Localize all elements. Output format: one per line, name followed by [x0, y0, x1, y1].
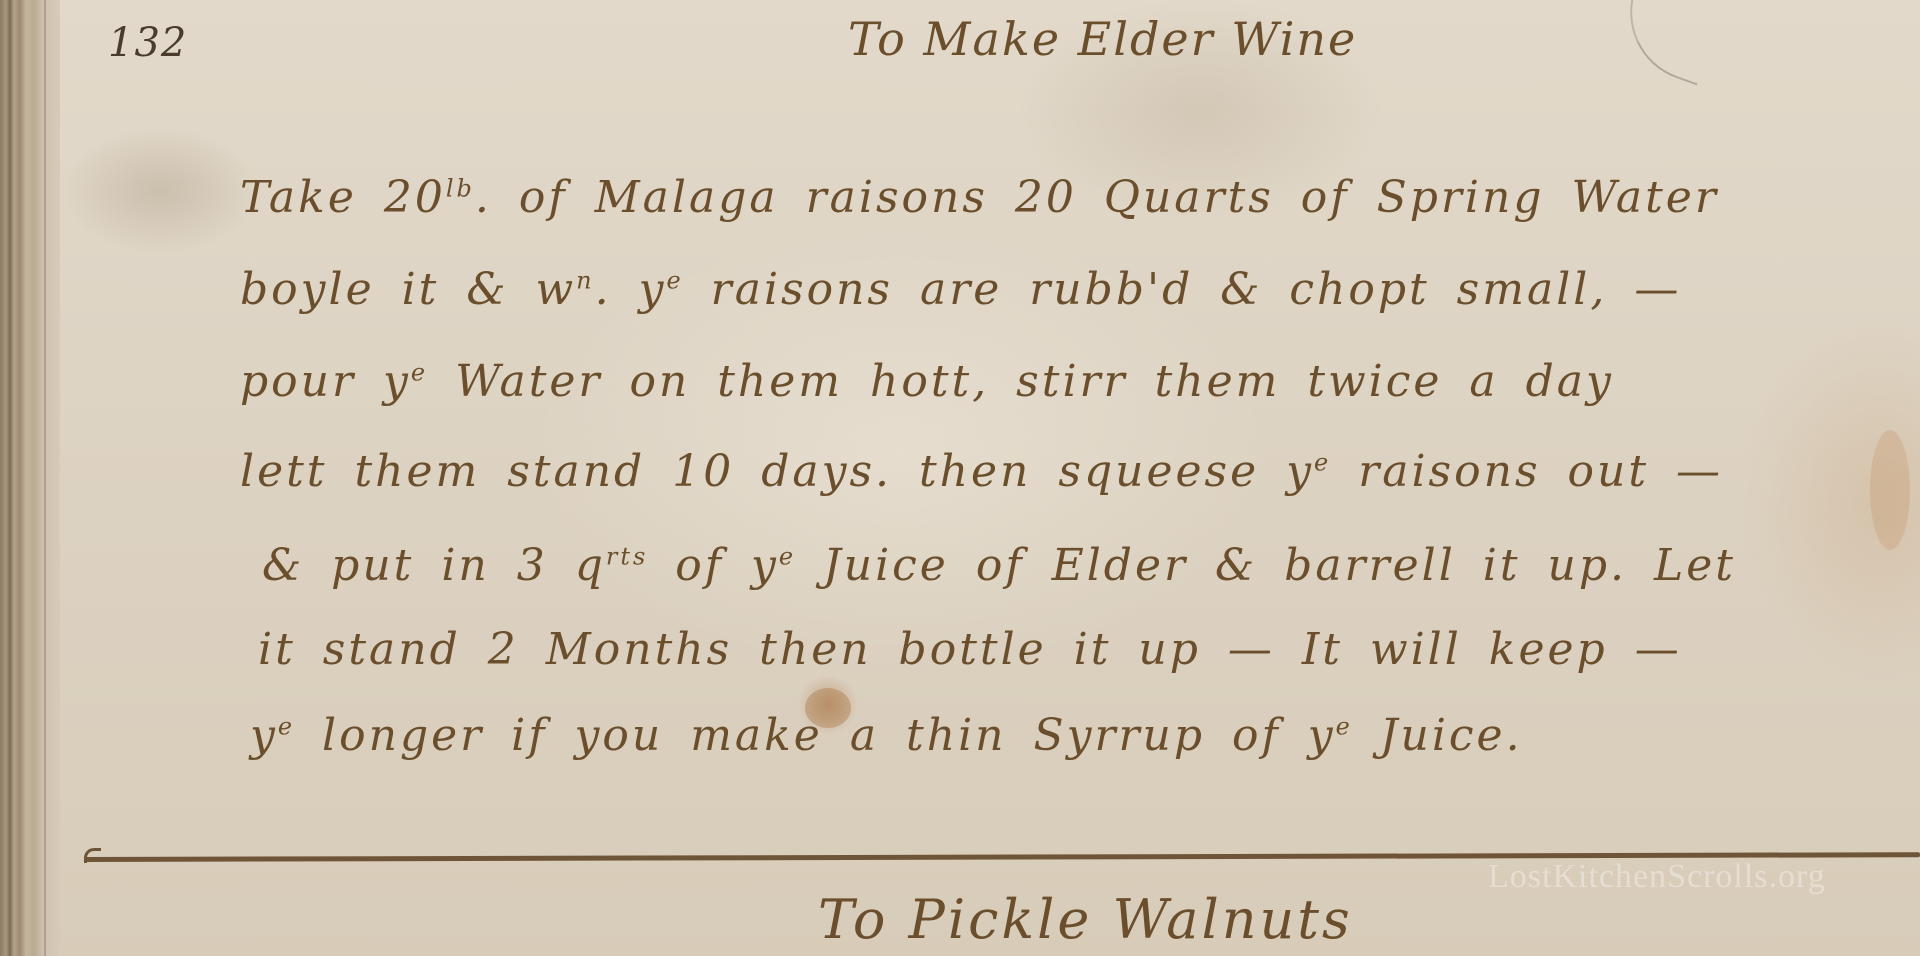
recipe-title: To Make Elder Wine: [848, 12, 1357, 66]
line-text: Water on them hott, stirr them twice a d…: [428, 356, 1614, 407]
line-text: y: [250, 710, 278, 761]
superscript: rts: [606, 542, 648, 570]
superscript: e: [1314, 448, 1331, 476]
line-text: raisons are rubb'd & chopt small, —: [684, 264, 1682, 315]
line-text: Take 20: [240, 172, 446, 223]
recipe-line-7: ye longer if you make a thin Syrrup of y…: [250, 710, 1523, 761]
manuscript-page: 132 To Make Elder Wine Take 20lb. of Mal…: [0, 0, 1920, 956]
recipe-line-1: Take 20lb. of Malaga raisons 20 Quarts o…: [240, 172, 1719, 223]
recipe-line-6: it stand 2 Months then bottle it up — It…: [258, 624, 1682, 675]
next-recipe-title: To Pickle Walnuts: [818, 888, 1353, 951]
line-text: pour y: [240, 356, 411, 407]
superscript: e: [666, 266, 683, 294]
line-text: & put in 3 q: [262, 540, 606, 591]
pencil-mark: [1610, 0, 1721, 86]
line-text: lett them stand 10 days. then squeese y: [240, 446, 1314, 497]
line-text: boyle it & w: [240, 264, 576, 315]
line-text: Juice.: [1353, 710, 1523, 761]
line-text: . y: [595, 264, 667, 315]
recipe-line-3: pour ye Water on them hott, stirr them t…: [240, 356, 1614, 407]
line-text: raisons out —: [1331, 446, 1723, 497]
superscript: e: [1336, 712, 1353, 740]
superscript: e: [411, 358, 428, 386]
line-text: it stand 2 Months then bottle it up — It…: [258, 624, 1682, 675]
superscript: lb: [446, 174, 475, 202]
superscript: e: [779, 542, 796, 570]
recipe-line-5: & put in 3 qrts of ye Juice of Elder & b…: [262, 540, 1736, 591]
ink-stain: [1870, 430, 1910, 550]
superscript: n: [576, 266, 594, 294]
line-text: of y: [648, 540, 779, 591]
superscript: e: [278, 712, 295, 740]
line-text: Juice of Elder & barrell it up. Let: [796, 540, 1736, 591]
watermark: LostKitchenScrolls.org: [1488, 858, 1826, 896]
recipe-line-2: boyle it & wn. ye raisons are rubb'd & c…: [240, 264, 1681, 315]
page-number: 132: [108, 20, 187, 66]
line-text: longer if you make a thin Syrrup of y: [295, 710, 1336, 761]
line-text: . of Malaga raisons 20 Quarts of Spring …: [475, 172, 1719, 223]
binding-edge: [44, 0, 46, 956]
book-binding: [0, 0, 60, 956]
recipe-line-4: lett them stand 10 days. then squeese ye…: [240, 446, 1723, 497]
